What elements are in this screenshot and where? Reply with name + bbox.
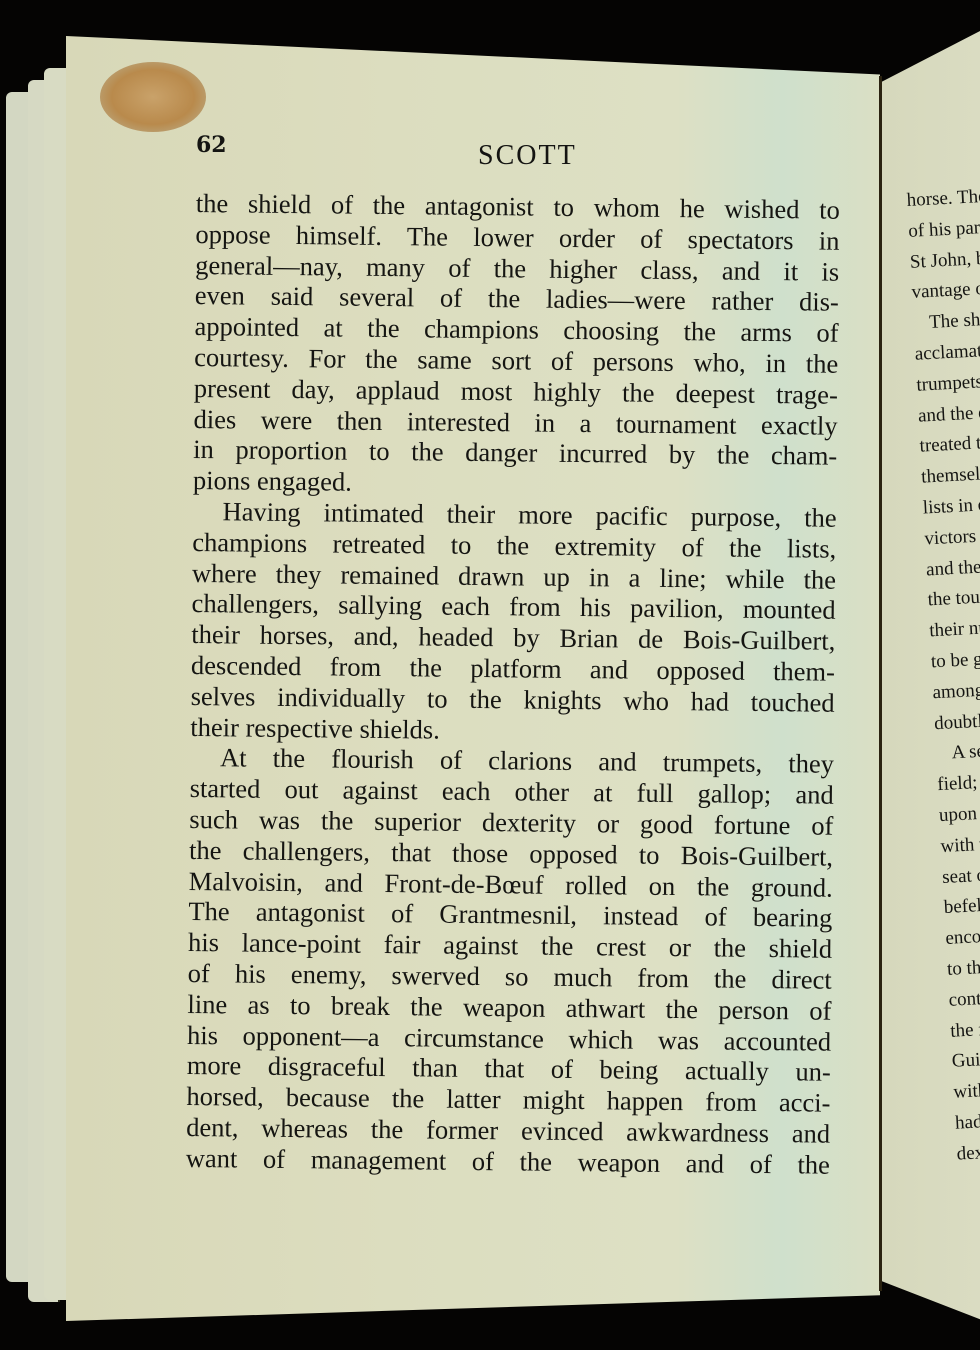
text-line-fragment: Guilb xyxy=(951,1043,980,1078)
text-line-fragment: amongst xyxy=(932,674,980,709)
text-line-fragment: acclamations xyxy=(914,336,980,371)
text-line-fragment: treated to xyxy=(919,428,980,463)
text-line-fragment: A sec xyxy=(935,735,980,770)
text-line-fragment: lists in di xyxy=(922,489,980,524)
text-line-fragment: horse. The f xyxy=(906,182,980,217)
text-line-fragment: with xyxy=(953,1074,980,1109)
running-head: SCOTT xyxy=(478,140,577,172)
text-line-fragment: field; a xyxy=(937,766,980,801)
text-line-fragment: themselves xyxy=(921,459,980,494)
stain-spot xyxy=(100,62,206,132)
text-line-fragment: St John, bo xyxy=(909,243,980,278)
book-spine xyxy=(879,76,882,1291)
text-line-fragment: seat or xyxy=(941,858,980,893)
text-line-fragment: The shou xyxy=(912,305,980,340)
text-line-fragment: had xyxy=(954,1104,980,1139)
text-line-fragment: upon th xyxy=(938,797,980,832)
text-line-fragment: dexte xyxy=(956,1135,980,1170)
text-line-fragment: befell xyxy=(943,889,980,924)
text-line-fragment: vantage on xyxy=(911,274,980,309)
text-line-fragment: encoun xyxy=(945,920,980,955)
text-line-fragment: trumpets, a xyxy=(916,366,980,401)
page-number: 62 xyxy=(196,132,227,158)
text-line-fragment: and the de xyxy=(917,397,980,432)
text-line-fragment: of his party, xyxy=(908,213,980,248)
text-line-fragment: doubtles xyxy=(933,705,980,740)
text-line-fragment: to be g xyxy=(930,643,980,678)
text-line-fragment: their num xyxy=(929,612,980,647)
text-line-fragment: contin xyxy=(948,981,980,1016)
text-line-fragment: and their xyxy=(925,551,980,586)
text-line-fragment: to the xyxy=(946,951,980,986)
text-line-fragment: the fo xyxy=(950,1012,980,1047)
left-page-body-text: the shield of the antagonist to whom he … xyxy=(186,188,840,1180)
text-line-fragment: with th xyxy=(940,828,980,863)
text-line-fragment: the tourn xyxy=(927,582,980,617)
text-line-fragment: victors c xyxy=(924,520,980,555)
